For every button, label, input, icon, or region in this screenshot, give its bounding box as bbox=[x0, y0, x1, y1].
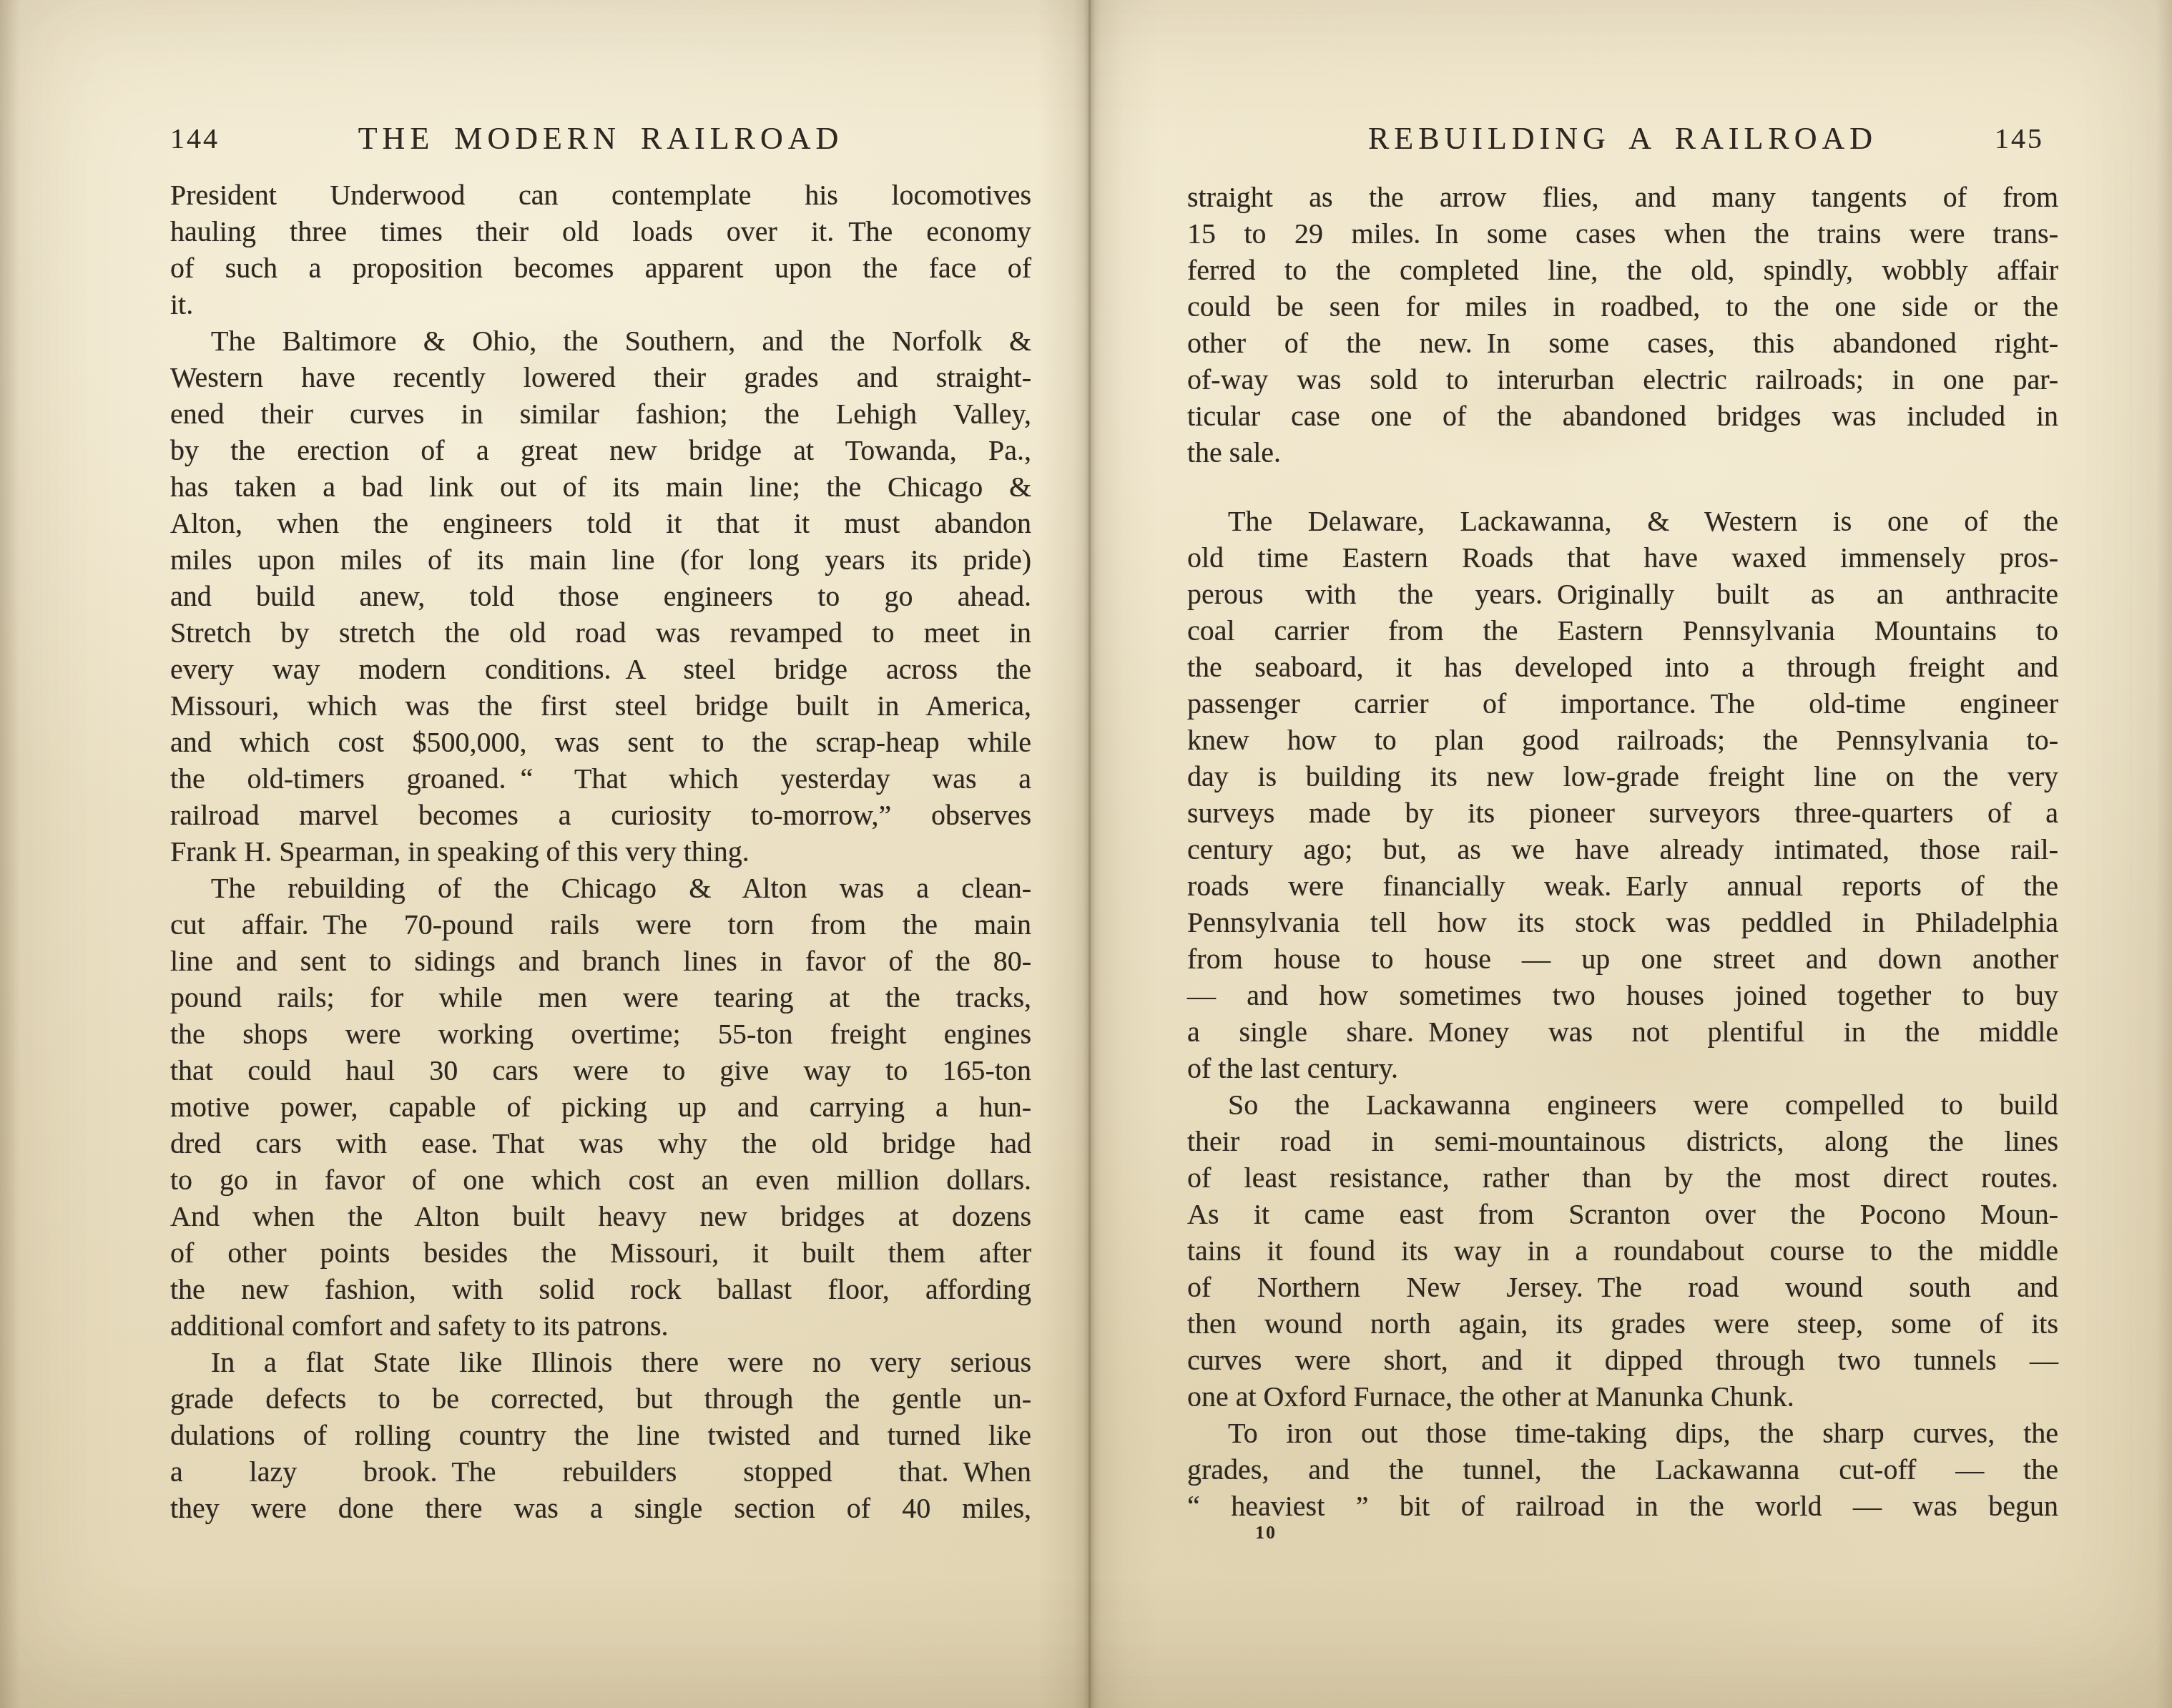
left-running-title: THE MODERN RAILROAD bbox=[170, 120, 1031, 157]
text-line: from house to house — up one street and … bbox=[1187, 941, 2058, 977]
paragraph: So the Lackawanna engineers were compell… bbox=[1187, 1086, 2058, 1415]
scan-edge-right bbox=[2156, 0, 2172, 1708]
right-page-text: straight as the arrow flies, and many ta… bbox=[1187, 179, 2058, 1524]
text-line: their road in semi-mountainous districts… bbox=[1187, 1123, 2058, 1159]
text-line: could be seen for miles in roadbed, to t… bbox=[1187, 288, 2058, 325]
text-line: has taken a bad link out of its main lin… bbox=[170, 468, 1031, 505]
text-line: grades, and the tunnel, the Lackawanna c… bbox=[1187, 1451, 2058, 1488]
text-line: Frank H. Spearman, in speaking of this v… bbox=[170, 833, 1031, 870]
text-line: cut affair. The 70-pound rails were torn… bbox=[170, 906, 1031, 943]
text-line: miles upon miles of its main line (for l… bbox=[170, 541, 1031, 578]
text-line: a lazy brook. The rebuilders stopped tha… bbox=[170, 1453, 1031, 1490]
text-line: tains it found its way in a roundabout c… bbox=[1187, 1232, 2058, 1269]
text-line: additional comfort and safety to its pat… bbox=[170, 1307, 1031, 1344]
text-line: of least resistance, rather than by the … bbox=[1187, 1159, 2058, 1196]
paragraph: To iron out those time-taking dips, the … bbox=[1187, 1415, 2058, 1524]
text-line: it. bbox=[170, 286, 1031, 323]
text-line: every way modern conditions. A steel bri… bbox=[170, 651, 1031, 687]
text-line: motive power, capable of picking up and … bbox=[170, 1089, 1031, 1125]
text-line: surveys made by its pioneer surveyors th… bbox=[1187, 795, 2058, 831]
text-line: perous with the years. Originally built … bbox=[1187, 576, 2058, 612]
left-page: 144 THE MODERN RAILROAD President Underw… bbox=[170, 0, 1031, 1708]
text-line: passenger carrier of importance. The old… bbox=[1187, 685, 2058, 722]
text-line: century ago; but, as we have already int… bbox=[1187, 831, 2058, 868]
gutter-crease bbox=[1089, 0, 1091, 1708]
text-line: straight as the arrow flies, and many ta… bbox=[1187, 179, 2058, 215]
text-line: the shops were working overtime; 55-ton … bbox=[170, 1016, 1031, 1052]
text-line: old time Eastern Roads that have waxed i… bbox=[1187, 539, 2058, 576]
text-line: by the erection of a great new bridge at… bbox=[170, 432, 1031, 468]
right-page-number: 145 bbox=[1995, 122, 2044, 155]
text-line: hauling three times their old loads over… bbox=[170, 213, 1031, 250]
paragraph: President Underwood can contemplate his … bbox=[170, 177, 1031, 323]
text-line: coal carrier from the Eastern Pennsylvan… bbox=[1187, 612, 2058, 649]
text-line: one at Oxford Furnace, the other at Manu… bbox=[1187, 1378, 2058, 1415]
text-line: — and how sometimes two houses joined to… bbox=[1187, 977, 2058, 1013]
text-line: the new fashion, with solid rock ballast… bbox=[170, 1271, 1031, 1307]
text-line: to go in favor of one which cost an even… bbox=[170, 1162, 1031, 1198]
right-running-title: REBUILDING A RAILROAD bbox=[1187, 120, 2058, 157]
right-page: 145 REBUILDING A RAILROAD straight as th… bbox=[1187, 0, 2058, 1708]
text-line: day is building its new low-grade freigh… bbox=[1187, 758, 2058, 795]
text-line: knew how to plan good railroads; the Pen… bbox=[1187, 722, 2058, 758]
text-line: of-way was sold to interurban electric r… bbox=[1187, 361, 2058, 398]
paragraph: The Baltimore & Ohio, the Southern, and … bbox=[170, 323, 1031, 870]
text-line: roads were financially weak. Early annua… bbox=[1187, 868, 2058, 904]
text-line: of other points besides the Missouri, it… bbox=[170, 1235, 1031, 1271]
right-page-header: 145 REBUILDING A RAILROAD bbox=[1187, 120, 2058, 157]
left-page-number: 144 bbox=[170, 122, 220, 155]
text-line: line and sent to sidings and branch line… bbox=[170, 943, 1031, 979]
scan-edge-left bbox=[0, 0, 20, 1708]
text-line: the old-timers groaned. “ That which yes… bbox=[170, 760, 1031, 797]
text-line: ferred to the completed line, the old, s… bbox=[1187, 252, 2058, 288]
paragraph: In a flat State like Illinois there were… bbox=[170, 1344, 1031, 1526]
text-line: curves were short, and it dipped through… bbox=[1187, 1342, 2058, 1378]
paragraph: straight as the arrow flies, and many ta… bbox=[1187, 179, 2058, 471]
text-line: and build anew, told those engineers to … bbox=[170, 578, 1031, 614]
text-line: Missouri, which was the first steel brid… bbox=[170, 687, 1031, 724]
text-line: of the last century. bbox=[1187, 1050, 2058, 1086]
paragraph: The rebuilding of the Chicago & Alton wa… bbox=[170, 870, 1031, 1344]
text-line: railroad marvel becomes a curiosity to-m… bbox=[170, 797, 1031, 833]
text-line: pound rails; for while men were tearing … bbox=[170, 979, 1031, 1016]
text-line: So the Lackawanna engineers were compell… bbox=[1187, 1086, 2058, 1123]
text-line: dred cars with ease. That was why the ol… bbox=[170, 1125, 1031, 1162]
left-page-header: 144 THE MODERN RAILROAD bbox=[170, 120, 1031, 157]
text-line: Western have recently lowered their grad… bbox=[170, 359, 1031, 396]
text-line: other of the new. In some cases, this ab… bbox=[1187, 325, 2058, 361]
text-line: In a flat State like Illinois there were… bbox=[170, 1344, 1031, 1380]
gutter-shadow bbox=[1037, 0, 1159, 1708]
book-spread: 144 THE MODERN RAILROAD President Underw… bbox=[0, 0, 2172, 1708]
text-line: President Underwood can contemplate his … bbox=[170, 177, 1031, 213]
text-line: of Northern New Jersey. The road wound s… bbox=[1187, 1269, 2058, 1305]
text-line: then wound north again, its grades were … bbox=[1187, 1305, 2058, 1342]
text-line: The Baltimore & Ohio, the Southern, and … bbox=[170, 323, 1031, 359]
text-line: ened their curves in similar fashion; th… bbox=[170, 396, 1031, 432]
text-line: and which cost $500,000, was sent to the… bbox=[170, 724, 1031, 760]
text-line: the sale. bbox=[1187, 434, 2058, 471]
text-line: To iron out those time-taking dips, the … bbox=[1187, 1415, 2058, 1451]
text-line: dulations of rolling country the line tw… bbox=[170, 1417, 1031, 1453]
text-line: Pennsylvania tell how its stock was pedd… bbox=[1187, 904, 2058, 941]
text-line: Alton, when the engineers told it that i… bbox=[170, 505, 1031, 541]
text-line: grade defects to be corrected, but throu… bbox=[170, 1380, 1031, 1417]
text-line: “ heaviest ” bit of railroad in the worl… bbox=[1187, 1488, 2058, 1524]
text-line: they were done there was a single sectio… bbox=[170, 1490, 1031, 1526]
text-line: Stretch by stretch the old road was reva… bbox=[170, 614, 1031, 651]
paragraph: The Delaware, Lackawanna, & Western is o… bbox=[1187, 503, 2058, 1086]
left-page-text: President Underwood can contemplate his … bbox=[170, 177, 1031, 1526]
text-line: the seaboard, it has developed into a th… bbox=[1187, 649, 2058, 685]
text-line: ticular case one of the abandoned bridge… bbox=[1187, 398, 2058, 434]
text-line: a single share. Money was not plentiful … bbox=[1187, 1013, 2058, 1050]
text-line: 15 to 29 miles. In some cases when the t… bbox=[1187, 215, 2058, 252]
text-line: that could haul 30 cars were to give way… bbox=[170, 1052, 1031, 1089]
signature-mark: 10 bbox=[1255, 1522, 1277, 1543]
text-line: The Delaware, Lackawanna, & Western is o… bbox=[1187, 503, 2058, 539]
text-line: of such a proposition becomes apparent u… bbox=[170, 250, 1031, 286]
text-line: And when the Alton built heavy new bridg… bbox=[170, 1198, 1031, 1235]
text-line: As it came east from Scranton over the P… bbox=[1187, 1196, 2058, 1232]
text-line: The rebuilding of the Chicago & Alton wa… bbox=[170, 870, 1031, 906]
